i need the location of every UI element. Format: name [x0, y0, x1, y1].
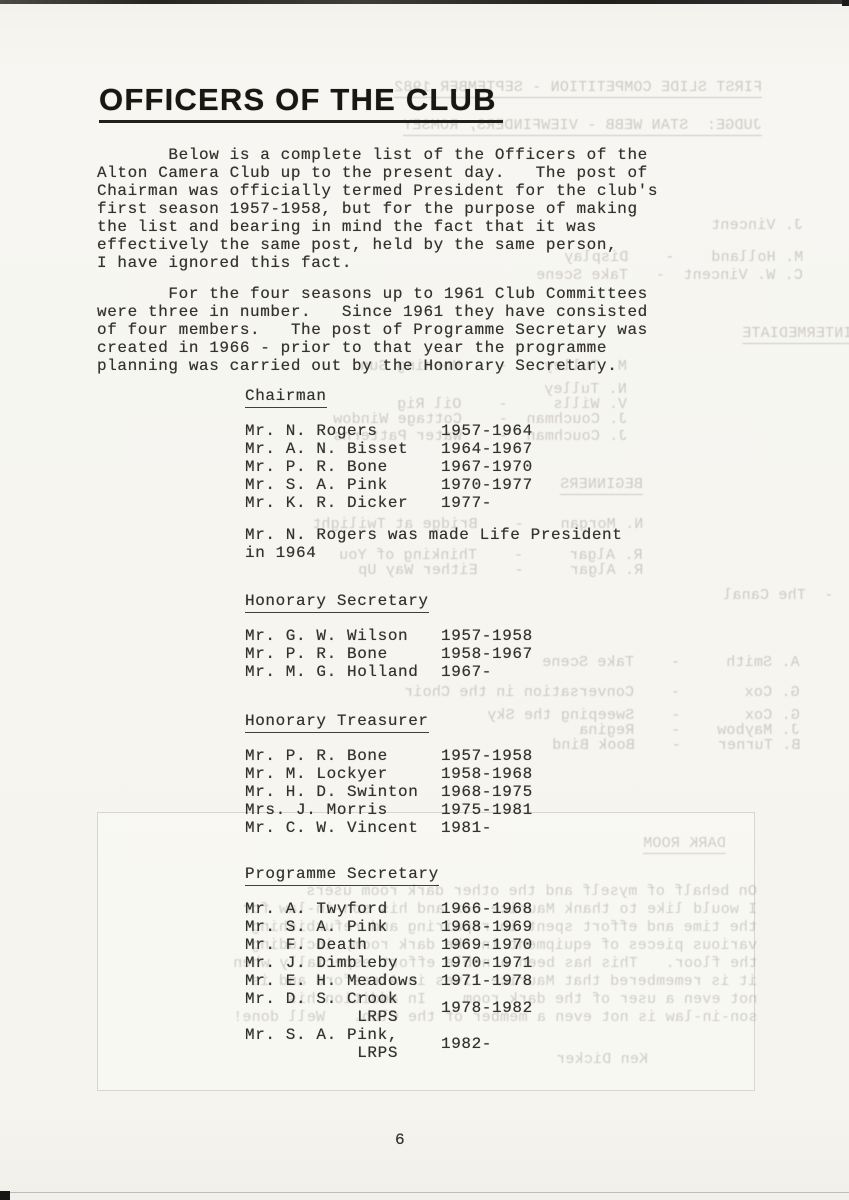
officer-years: 1958-1967 — [441, 645, 533, 663]
officer-rows-honorary-secretary: Mr. G. W. Wilson1957-1958Mr. P. R. Bone1… — [245, 627, 533, 681]
officer-row: Mr. S. A. Pink1970-1977 — [245, 476, 533, 494]
officer-years: 1981- — [441, 819, 492, 837]
officer-years: 1977- — [441, 494, 492, 512]
section-honorary-treasurer: Honorary Treasurer Mr. P. R. Bone1957-19… — [245, 712, 675, 733]
officer-name: Mr. A. N. Bisset — [245, 440, 441, 458]
officer-row: Mr. C. W. Vincent1981- — [245, 819, 533, 837]
officer-years: 1964-1967 — [441, 440, 533, 458]
scan-mark-bottom-left — [0, 1191, 10, 1200]
officer-row: Mr. S. A. Pink1968-1969 — [245, 918, 533, 936]
officer-row: Mr. M. Lockyer1958-1968 — [245, 765, 533, 783]
officer-years: 1967- — [441, 663, 492, 681]
section-heading-honorary-secretary: Honorary Secretary — [245, 592, 429, 613]
officer-years: 1975-1981 — [441, 801, 533, 819]
officer-years: 1968-1975 — [441, 783, 533, 801]
officer-row: Mrs. J. Morris1975-1981 — [245, 801, 533, 819]
bleed-through-line: Ken Dicker — [556, 1052, 648, 1068]
officer-years: 1969-1970 — [441, 936, 533, 954]
officer-years: 1968-1969 — [441, 918, 533, 936]
officer-name: Mr. M. Lockyer — [245, 765, 441, 783]
officer-row: Mr. P. R. Bone1957-1958 — [245, 747, 533, 765]
officer-years: 1957-1964 — [441, 422, 533, 440]
officer-rows-honorary-treasurer: Mr. P. R. Bone1957-1958Mr. M. Lockyer195… — [245, 747, 533, 837]
officer-years: 1958-1968 — [441, 765, 533, 783]
officer-name: Mr. S. A. Pink — [245, 918, 441, 936]
officer-row: Mr. A. Twyford1966-1968 — [245, 900, 533, 918]
officer-years: 1957-1958 — [441, 747, 533, 765]
officer-name: Mr. P. R. Bone — [245, 747, 441, 765]
bleed-through-line: J. Vincent — [711, 218, 803, 234]
officer-row: Mr. J. Dimbleby1970-1971 — [245, 954, 533, 972]
page-number: 6 — [395, 1131, 405, 1149]
officer-row: Mr. S. A. Pink, LRPS1982- — [245, 1026, 533, 1062]
bleed-through-line: INTERMEDIATE — [742, 326, 849, 344]
officer-name: Mr. M. G. Holland — [245, 663, 441, 681]
bleed-through-line: On behalf of myself and the other dark r… — [306, 884, 757, 900]
section-honorary-secretary: Honorary Secretary Mr. G. W. Wilson1957-… — [245, 592, 675, 613]
officer-row: Mr. E. H. Meadows1971-1978 — [245, 972, 533, 990]
officer-row: Mr. P. R. Bone1958-1967 — [245, 645, 533, 663]
bleed-through-line: R. Algar - Either Way Up — [358, 563, 643, 579]
officer-name: Mr. G. W. Wilson — [245, 627, 441, 645]
officer-name: Mrs. J. Morris — [245, 801, 441, 819]
officer-rows-programme-secretary: Mr. A. Twyford1966-1968Mr. S. A. Pink196… — [245, 900, 533, 1062]
officer-years: 1978-1982 — [441, 999, 533, 1017]
officer-row: Mr. P. R. Bone1967-1970 — [245, 458, 533, 476]
bleed-through-line: BEGINNERS — [560, 477, 643, 495]
officer-row: Mr. D. S. Crook LRPS1978-1982 — [245, 990, 533, 1026]
officer-name: Mr. E. H. Meadows — [245, 972, 441, 990]
officer-years: 1970-1971 — [441, 954, 533, 972]
officer-name: Mr. P. R. Bone — [245, 458, 441, 476]
officer-row: Mr. A. N. Bisset1964-1967 — [245, 440, 533, 458]
officer-row: Mr. G. W. Wilson1957-1958 — [245, 627, 533, 645]
officer-years: 1970-1977 — [441, 476, 533, 494]
officer-name: Mr. S. A. Pink — [245, 476, 441, 494]
officer-rows-chairman: Mr. N. Rogers1957-1964Mr. A. N. Bisset19… — [245, 422, 533, 512]
intro-paragraph: Below is a complete list of the Officers… — [97, 146, 658, 272]
officer-row: Mr. N. Rogers1957-1964 — [245, 422, 533, 440]
scan-line-bottom — [0, 1192, 849, 1193]
officer-row: Mr. H. D. Swinton1968-1975 — [245, 783, 533, 801]
officer-name: Mr. N. Rogers — [245, 422, 441, 440]
section-heading-honorary-treasurer: Honorary Treasurer — [245, 712, 429, 733]
page-title: OFFICERS OF THE CLUB — [99, 84, 503, 123]
section-programme-secretary: Programme Secretary Mr. A. Twyford1966-1… — [245, 865, 675, 886]
officer-row: Mr. K. R. Dicker1977- — [245, 494, 533, 512]
officer-name: Mr. J. Dimbleby — [245, 954, 441, 972]
life-president-note: Mr. N. Rogers was made Life President in… — [245, 526, 622, 562]
section-heading-chairman: Chairman — [245, 387, 327, 408]
bleed-through-line: G. Cox - Conversation in the Choir — [404, 685, 800, 701]
scanned-document-page: FIRST SLIDE COMPETITION - SEPTEMBER 1982… — [0, 0, 849, 1200]
officer-name: Mr. C. W. Vincent — [245, 819, 441, 837]
bleed-through-line: B. Turner - Book Bind — [552, 738, 800, 754]
section-heading-programme-secretary: Programme Secretary — [245, 865, 439, 886]
section-chairman: Chairman Mr. N. Rogers1957-1964Mr. A. N.… — [245, 387, 675, 408]
bleed-through-line: - The Canal — [723, 588, 833, 604]
bleed-through-line: DARK ROOM — [643, 836, 726, 854]
officer-years: 1966-1968 — [441, 900, 533, 918]
officer-years: 1957-1958 — [441, 627, 533, 645]
committees-paragraph: For the four seasons up to 1961 Club Com… — [97, 285, 648, 375]
officer-name: Mr. D. S. Crook LRPS — [245, 990, 441, 1026]
officer-row: Mr. M. G. Holland1967- — [245, 663, 533, 681]
officer-row: Mr. F. Death1969-1970 — [245, 936, 533, 954]
officer-name: Mr. S. A. Pink, LRPS — [245, 1026, 441, 1062]
bleed-through-line: A. Smith - Take Scene — [542, 655, 800, 671]
officer-years: 1967-1970 — [441, 458, 533, 476]
officer-name: Mr. H. D. Swinton — [245, 783, 441, 801]
officer-name: Mr. P. R. Bone — [245, 645, 441, 663]
officer-name: Mr. F. Death — [245, 936, 441, 954]
officer-years: 1971-1978 — [441, 972, 533, 990]
officer-name: Mr. A. Twyford — [245, 900, 441, 918]
officer-name: Mr. K. R. Dicker — [245, 494, 441, 512]
officer-years: 1982- — [441, 1035, 492, 1053]
